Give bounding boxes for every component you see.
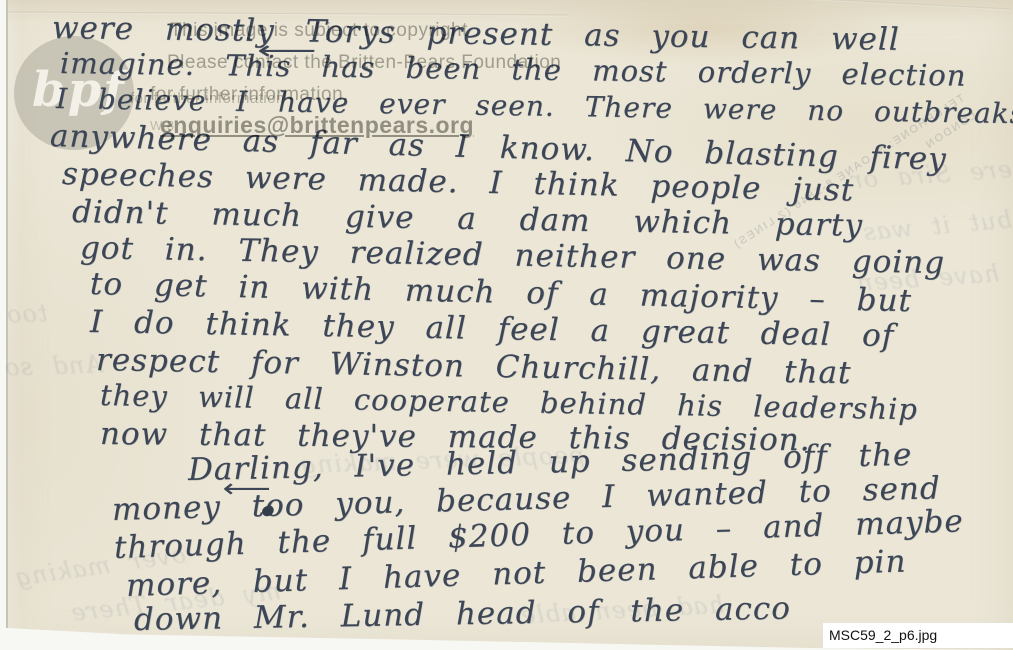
watermark-email: enquiries@brittenpears.org <box>160 112 474 139</box>
copyright-watermark-line2: Please contact the Britten-Pears Foundat… <box>167 52 561 74</box>
bleedthrough-text: And so <box>4 350 103 381</box>
copyright-watermark-line3: for further information. <box>150 84 349 106</box>
filename-label: MSC59_2_p6.jpg <box>823 623 1013 648</box>
bleedthrough-text: too <box>6 299 48 328</box>
copyright-watermark-line1: This image is subject to copyright <box>170 20 468 42</box>
insertion-arrow-mark: ⟵ <box>222 474 270 504</box>
